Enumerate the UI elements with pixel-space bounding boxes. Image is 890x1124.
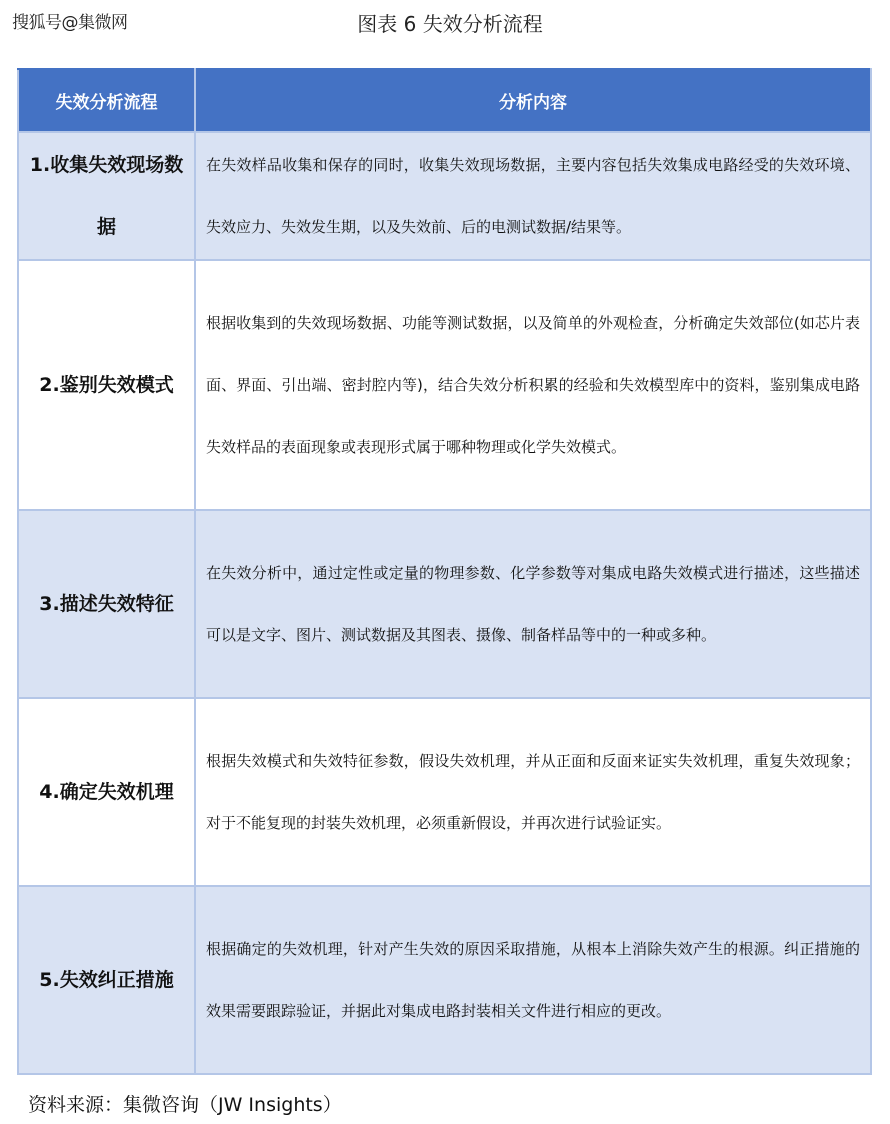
table-row: 4.确定失效机理 根据失效模式和失效特征参数，假设失效机理，并从正面和反面来证实… — [18, 698, 871, 886]
step-content: 在失效分析中，通过定性或定量的物理参数、化学参数等对集成电路失效模式进行描述，这… — [195, 510, 871, 698]
table-row: 5.失效纠正措施 根据确定的失效机理，针对产生失效的原因采取措施，从根本上消除失… — [18, 886, 871, 1074]
header-process: 失效分析流程 — [18, 69, 195, 132]
step-content: 根据确定的失效机理，针对产生失效的原因采取措施，从根本上消除失效产生的根源。纠正… — [195, 886, 871, 1074]
table-row: 1.收集失效现场数据 在失效样品收集和保存的同时，收集失效现场数据，主要内容包括… — [18, 132, 871, 260]
header-content: 分析内容 — [195, 69, 871, 132]
step-label: 1.收集失效现场数据 — [18, 132, 195, 260]
step-label: 2.鉴别失效模式 — [18, 260, 195, 510]
step-content: 根据失效模式和失效特征参数，假设失效机理，并从正面和反面来证实失效机理，重复失效… — [195, 698, 871, 886]
table-header-row: 失效分析流程 分析内容 — [18, 69, 871, 132]
step-label: 5.失效纠正措施 — [18, 886, 195, 1074]
step-label: 4.确定失效机理 — [18, 698, 195, 886]
table-row: 2.鉴别失效模式 根据收集到的失效现场数据、功能等测试数据，以及简单的外观检查，… — [18, 260, 871, 510]
step-label: 3.描述失效特征 — [18, 510, 195, 698]
failure-analysis-table: 失效分析流程 分析内容 1.收集失效现场数据 在失效样品收集和保存的同时，收集失… — [17, 68, 872, 1075]
figure-title: 图表 6 失效分析流程 — [0, 8, 890, 37]
source-note: 资料来源：集微咨询（JW Insights） — [28, 1090, 342, 1117]
table-row: 3.描述失效特征 在失效分析中，通过定性或定量的物理参数、化学参数等对集成电路失… — [18, 510, 871, 698]
step-content: 在失效样品收集和保存的同时，收集失效现场数据，主要内容包括失效集成电路经受的失效… — [195, 132, 871, 260]
failure-analysis-table-container: 失效分析流程 分析内容 1.收集失效现场数据 在失效样品收集和保存的同时，收集失… — [17, 68, 872, 1075]
step-content: 根据收集到的失效现场数据、功能等测试数据，以及简单的外观检查，分析确定失效部位(… — [195, 260, 871, 510]
